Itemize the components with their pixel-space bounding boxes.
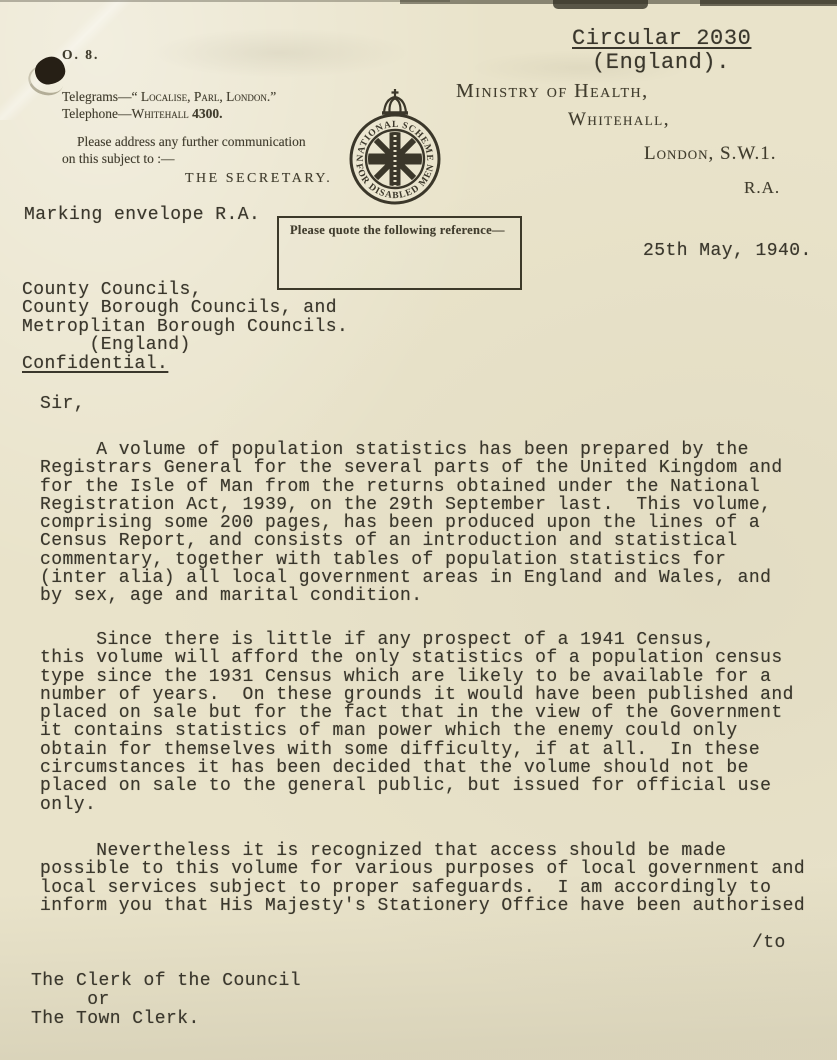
secretary-line: THE SECRETARY. (185, 171, 332, 187)
ministry-street: Whitehall, (568, 109, 670, 131)
scan-edge-artifact (700, 0, 837, 6)
national-scheme-disabled-men-seal-icon: · NATIONAL SCHEME · FOR DISABLED MEN (346, 86, 444, 206)
telephone-label: Telephone— (62, 106, 132, 121)
body-paragraph-1: A volume of population statistics has be… (40, 441, 783, 606)
letter-date: 25th May, 1940. (643, 242, 812, 260)
salutation: Sir, (40, 395, 85, 413)
telegrams-address: Localise, Parl, London.” (141, 89, 276, 104)
telegrams-line: Telegrams—“ Localise, Parl, London.” (62, 89, 276, 105)
confidential-label: Confidential. (22, 355, 168, 373)
footer-addressees: The Clerk of the Council or The Town Cle… (31, 972, 301, 1028)
ink-bleedthrough (150, 28, 410, 78)
marking-ref: R.A. (744, 178, 780, 198)
telegrams-label: Telegrams—“ (62, 89, 141, 104)
circular-number: Circular 2030 (572, 27, 751, 50)
reference-box-label: Please quote the following reference— (290, 223, 520, 238)
page-continuation-mark: /to (752, 934, 786, 952)
body-paragraph-2: Since there is little if any prospect of… (40, 631, 794, 814)
address-note-line2: on this subject to :— (62, 151, 175, 167)
telephone-exchange: Whitehall (132, 106, 189, 121)
address-note-line1: Please address any further communication (77, 134, 306, 150)
reference-box: Please quote the following reference— (277, 216, 522, 290)
ministry-city: London, S.W.1. (644, 143, 777, 165)
scanned-letter-page: O. 8. Telegrams—“ Localise, Parl, London… (0, 0, 837, 1060)
body-paragraph-3: Nevertheless it is recognized that acces… (40, 842, 805, 915)
office-ref-mark: O. 8. (62, 47, 99, 63)
crown-glyph (382, 89, 408, 113)
telephone-number: 4300. (189, 106, 223, 121)
scan-edge-artifact (0, 0, 450, 2)
circular-country: (England). (592, 51, 730, 74)
scan-edge-artifact (553, 0, 648, 9)
telephone-line: Telephone—Whitehall 4300. (62, 106, 223, 122)
recipient-list: County Councils, County Borough Councils… (22, 281, 348, 354)
ministry-name: Ministry of Health, (456, 80, 649, 103)
envelope-marking-note: Marking envelope R.A. (24, 206, 260, 224)
